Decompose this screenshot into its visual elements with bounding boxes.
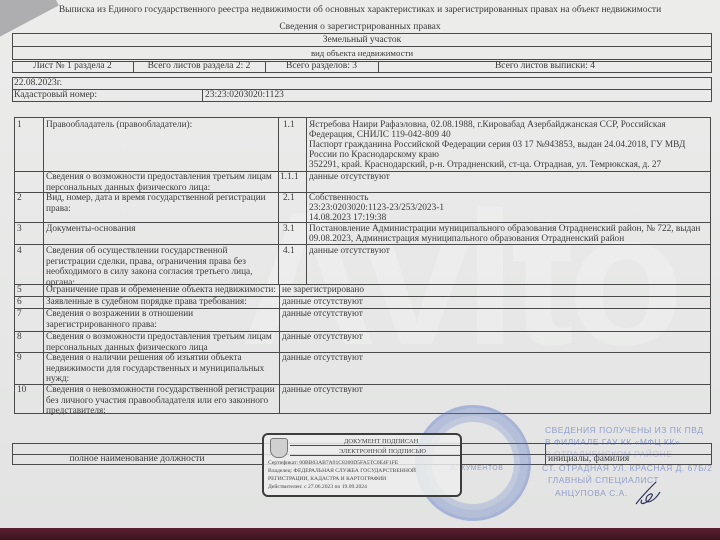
esig-line-2: ЭЛЕКТРОННОЙ ПОДПИСЬЮ [339, 448, 426, 455]
row-4-label: Сведения об осуществлении государственно… [46, 246, 261, 288]
row-8-number: 8 [17, 332, 22, 343]
row-2-value-line-2: 23:23:0203020:1123-23/253/2023-1 [309, 203, 444, 214]
document-page: Avito Выписка из Единого государственног… [0, 0, 720, 528]
row-1-value-line-1: Ястребова Наири Рафаэловна, 02.08.1988, … [309, 120, 666, 131]
row-3-value-line-2: 09.08.2023, Администрация муниципального… [309, 234, 624, 245]
sheet-number: Лист № 1 раздела 2 [12, 61, 133, 72]
esig-owner-1: Владелец: ФЕДЕРАЛЬНАЯ СЛУЖБА ГОСУДАРСТВЕ… [268, 468, 416, 475]
row-1-1-1-label: Сведения о возможности предоставления тр… [46, 172, 278, 193]
row-1-1-1-value: данные отсутствуют [309, 172, 390, 183]
row-1-value-line-5: 352291, край. Краснодарский, р-н. Отрадн… [309, 160, 661, 171]
stamp-line-3: В ОТРАДНЕНСКОМ РАЙОНЕ [545, 449, 672, 460]
row-3-label: Документы-основания [46, 224, 136, 235]
row-3-value-line-1: Постановление Администрации муниципально… [309, 224, 700, 235]
row-2-value-line-3: 14.08.2023 17:19:38 [309, 213, 386, 224]
esig-validity: Действителен: с 27.06.2023 по 19.09.2024 [268, 484, 367, 491]
row-7-number: 7 [17, 309, 22, 320]
sections-count: Всего разделов: 3 [265, 61, 378, 72]
stamp-line-1: СВЕДЕНИЯ ПОЛУЧЕНЫ ИЗ ПК ПВД [545, 425, 704, 436]
row-6-value: данные отсутствуют [282, 297, 363, 308]
row-7-value: данные отсутствуют [282, 309, 363, 320]
row-10-value: данные отсутствуют [282, 385, 363, 396]
row-8-label: Сведения о возможности предоставления тр… [46, 332, 278, 353]
row-9-number: 9 [17, 353, 22, 364]
object-type: Земельный участок [12, 35, 712, 46]
section-sheets: Всего листов раздела 2: 2 [133, 61, 265, 72]
row-6-label: Заявленные в судебном порядке права треб… [46, 297, 247, 308]
stamp-line-4: СТ. ОТРАДНАЯ УЛ. КРАСНАЯ Д. 67Б/2 [542, 463, 712, 474]
row-2-sub: 2.1 [283, 193, 295, 204]
object-type-caption: вид объекта недвижимости [12, 48, 712, 59]
row-4-number: 4 [17, 246, 22, 257]
row-1-1-1-sub: 1.1.1 [280, 172, 299, 183]
esig-line-1: ДОКУМЕНТ ПОДПИСАН [344, 438, 418, 445]
row-7-label: Сведения о возражении в отношении зареги… [46, 309, 211, 330]
row-1-value-line-4: России по Краснодарскому краю [309, 150, 439, 161]
total-sheets: Всего листов выписки: 4 [378, 61, 712, 72]
row-2-label: Вид, номер, дата и время государственной… [46, 193, 274, 214]
row-1-label: Правообладатель (правообладатели): [46, 120, 276, 131]
row-1-value-line-2: Федерация, СНИЛС 119-042-809 40 [309, 130, 451, 141]
row-1-value-line-3: Паспорт гражданина Российской Федерации … [309, 140, 685, 151]
row-6-number: 6 [17, 297, 22, 308]
row-5-label: Ограничение прав и обременение объекта н… [46, 285, 276, 296]
row-9-value: данные отсутствуют [282, 353, 363, 364]
esig-owner-2: РЕГИСТРАЦИИ, КАДАСТРА И КАРТОГРАФИИ [268, 476, 386, 483]
stamp-line-2: В ФИЛИАЛЕ ГАУ КК «МФЦ КК» [545, 437, 680, 448]
row-2-number: 2 [17, 193, 22, 204]
row-8-value: данные отсутствуют [282, 332, 363, 343]
row-5-value: не зарегистрировано [282, 285, 364, 296]
row-4-sub: 4.1 [283, 246, 295, 257]
position-caption: полное наименование должности [12, 454, 262, 465]
esig-certificate: Сертификат: 00BB03AB7A91C8300D5FA5TC0E4F… [268, 460, 398, 467]
row-1-sub: 1.1 [283, 120, 295, 131]
cadastral-label: Кадастровый номер: [14, 90, 97, 101]
row-4-value: данные отсутствуют [309, 246, 390, 257]
document-subtitle: Сведения о зарегистрированных правах [0, 22, 720, 33]
handwritten-signature [632, 478, 668, 508]
row-3-sub: 3.1 [283, 224, 295, 235]
document-title: Выписка из Единого государственного реес… [0, 5, 720, 16]
extract-date: 22.08.2023г. [14, 78, 62, 89]
row-9-label: Сведения о наличии решения об изъятии об… [46, 353, 271, 385]
row-1-number: 1 [17, 120, 22, 131]
electronic-signature-box: ДОКУМЕНТ ПОДПИСАН ЭЛЕКТРОННОЙ ПОДПИСЬЮ С… [262, 433, 462, 497]
background-surface [0, 528, 720, 540]
cadastral-number: 23:23:0203020:1123 [205, 90, 284, 101]
row-5-number: 5 [17, 285, 22, 296]
stamp-line-6: АНЦУПОВА С.А. [555, 488, 628, 499]
row-3-number: 3 [17, 224, 22, 235]
coat-of-arms-icon [270, 438, 288, 458]
row-10-label: Сведения о невозможности государственной… [46, 385, 278, 417]
row-10-number: 10 [17, 385, 26, 396]
row-2-value-line-1: Собственность [309, 193, 369, 204]
